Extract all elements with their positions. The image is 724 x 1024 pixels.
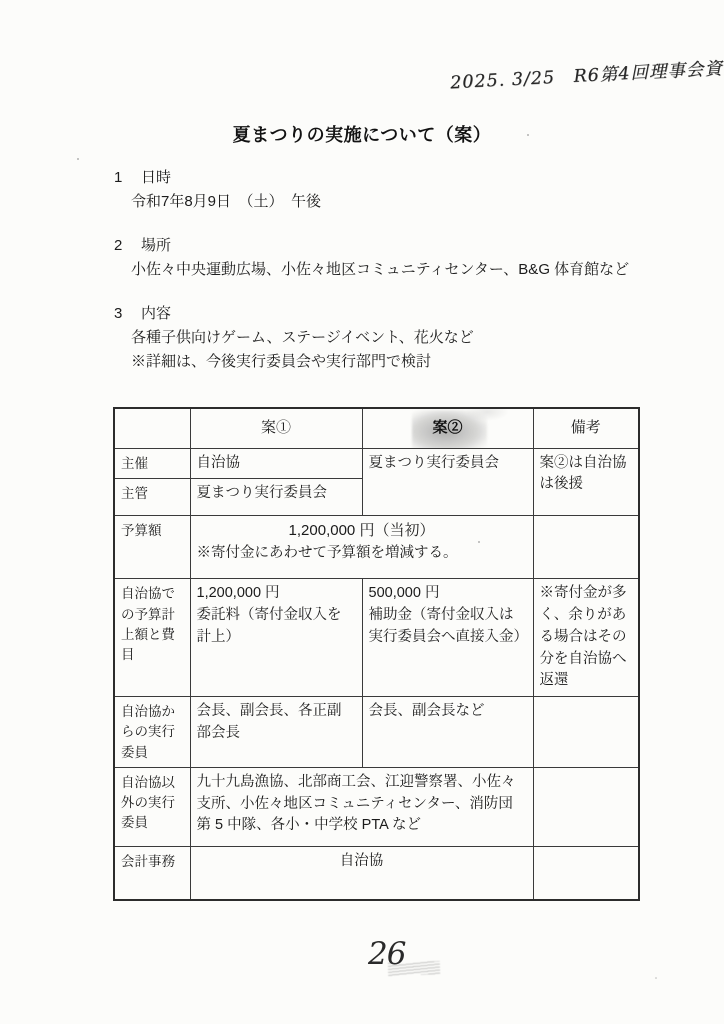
cell-appropriation-plan1: 1,200,000 円 委託料（寄付金収入を計上） — [190, 579, 362, 697]
section-body: 令和7年8月9日 （土） 午後 — [131, 190, 634, 214]
cell-members-from-plan1: 会長、副会長、各正副部会長 — [190, 697, 362, 768]
cell-members-from-plan2: 会長、副会長など — [362, 697, 533, 768]
scan-speck — [655, 977, 657, 979]
plan-comparison-table: 案① 案② 備考 主催 自治協 夏まつり実行委員会 案②は自治協は後援 主管 夏… — [113, 407, 640, 901]
handwritten-date-note: 2025. 3/25 R6第4回理事会資料 — [450, 55, 724, 95]
row-label-members-from-council: 自治協からの実行委員 — [114, 697, 190, 768]
section-heading-text: 内容 — [141, 305, 171, 322]
row-label-organizer: 主催 — [114, 448, 190, 479]
section-number: 3 — [114, 302, 141, 326]
header-remarks: 備考 — [533, 408, 639, 448]
cell-organizer-plan1: 自治協 — [190, 448, 362, 479]
gray-scribble-highlight: 案② — [420, 415, 474, 442]
appropriation-plan2-amount: 500,000 円 — [369, 583, 527, 605]
cell-appropriation-plan2: 500,000 円 補助金（寄付金収入は実行委員会へ直接入金） — [362, 579, 533, 697]
budget-amount: 1,200,000 円（当初） — [197, 520, 527, 543]
cell-members-outside-remarks — [533, 767, 639, 846]
section-content: 3内容 各種子供向けゲーム、ステージイベント、花火など ※詳細は、今後実行委員会… — [114, 302, 634, 374]
section-number: 1 — [114, 166, 141, 190]
table-row-accounting: 会計事務 自治協 — [114, 846, 639, 900]
appropriation-plan1-amount: 1,200,000 円 — [197, 583, 356, 605]
section-heading: 1日時 — [114, 166, 634, 190]
cell-budget-merged: 1,200,000 円（当初） ※寄付金にあわせて予算額を増減する。 — [190, 516, 533, 579]
cell-budget-remarks — [533, 516, 639, 579]
section-place: 2場所 小佐々中央運動広場、小佐々地区コミュニティセンター、B&G 体育館など — [114, 234, 634, 282]
row-label-appropriation: 自治協での予算計上額と費目 — [114, 579, 190, 697]
table-header-row: 案① 案② 備考 — [114, 408, 639, 448]
cell-accounting-merged: 自治協 — [190, 846, 533, 900]
section-body: 各種子供向けゲーム、ステージイベント、花火など ※詳細は、今後実行委員会や実行部… — [131, 326, 634, 374]
section-heading-text: 場所 — [141, 237, 171, 254]
section-datetime: 1日時 令和7年8月9日 （土） 午後 — [114, 166, 634, 214]
section-line: 小佐々中央運動広場、小佐々地区コミュニティセンター、B&G 体育館など — [131, 258, 634, 282]
appropriation-plan1-item: 委託料（寄付金収入を計上） — [197, 605, 356, 649]
cell-appropriation-remarks: ※寄付金が多く、余りがある場合はその分を自治協へ返還 — [533, 579, 639, 697]
section-list: 1日時 令和7年8月9日 （土） 午後 2場所 小佐々中央運動広場、小佐々地区コ… — [114, 166, 634, 394]
row-label-accounting: 会計事務 — [114, 846, 190, 900]
scan-speck — [77, 158, 79, 160]
cell-members-outside-merged: 九十九島漁協、北部商工会、江迎警察署、小佐々支所、小佐々地区コミュニティセンター… — [190, 767, 533, 846]
row-label-budget: 予算額 — [114, 516, 190, 579]
cell-organizer-remarks: 案②は自治協は後援 — [533, 448, 639, 516]
section-line: ※詳細は、今後実行委員会や実行部門で検討 — [131, 350, 634, 374]
corner-cell — [114, 408, 190, 448]
cell-accounting-remarks — [533, 846, 639, 900]
document-title: 夏まつりの実施について（案） — [0, 121, 724, 147]
scan-speck — [527, 134, 529, 136]
row-label-management: 主管 — [114, 479, 190, 516]
header-plan1: 案① — [190, 408, 362, 448]
cell-management-plan1: 夏まつり実行委員会 — [190, 479, 362, 516]
section-line: 各種子供向けゲーム、ステージイベント、花火など — [131, 326, 634, 350]
header-plan2-text: 案② — [432, 419, 462, 436]
section-line: 令和7年8月9日 （土） 午後 — [131, 190, 634, 214]
table-row-members-outside: 自治協以外の実行委員 九十九島漁協、北部商工会、江迎警察署、小佐々支所、小佐々地… — [114, 767, 639, 846]
cell-members-from-remarks — [533, 697, 639, 768]
budget-note: ※寄付金にあわせて予算額を増減する。 — [197, 543, 527, 565]
page-number-smudge — [388, 961, 440, 976]
header-plan2: 案② — [362, 408, 533, 448]
table-row-budget: 予算額 1,200,000 円（当初） ※寄付金にあわせて予算額を増減する。 — [114, 516, 639, 579]
scan-speck — [478, 541, 480, 543]
appropriation-plan2-item: 補助金（寄付金収入は実行委員会へ直接入金） — [369, 605, 527, 649]
table-row-appropriation: 自治協での予算計上額と費目 1,200,000 円 委託料（寄付金収入を計上） … — [114, 579, 639, 697]
scanned-document-page: 2025. 3/25 R6第4回理事会資料 夏まつりの実施について（案） 1日時… — [0, 0, 724, 1024]
section-heading: 2場所 — [114, 234, 634, 258]
cell-organizer-plan2: 夏まつり実行委員会 — [362, 448, 533, 516]
table-row-organizer: 主催 自治協 夏まつり実行委員会 案②は自治協は後援 — [114, 448, 639, 479]
table-row-members-from-council: 自治協からの実行委員 会長、副会長、各正副部会長 会長、副会長など — [114, 697, 639, 768]
section-heading-text: 日時 — [141, 169, 171, 186]
section-number: 2 — [114, 234, 141, 258]
section-body: 小佐々中央運動広場、小佐々地区コミュニティセンター、B&G 体育館など — [131, 258, 634, 282]
section-heading: 3内容 — [114, 302, 634, 326]
row-label-members-outside: 自治協以外の実行委員 — [114, 767, 190, 846]
